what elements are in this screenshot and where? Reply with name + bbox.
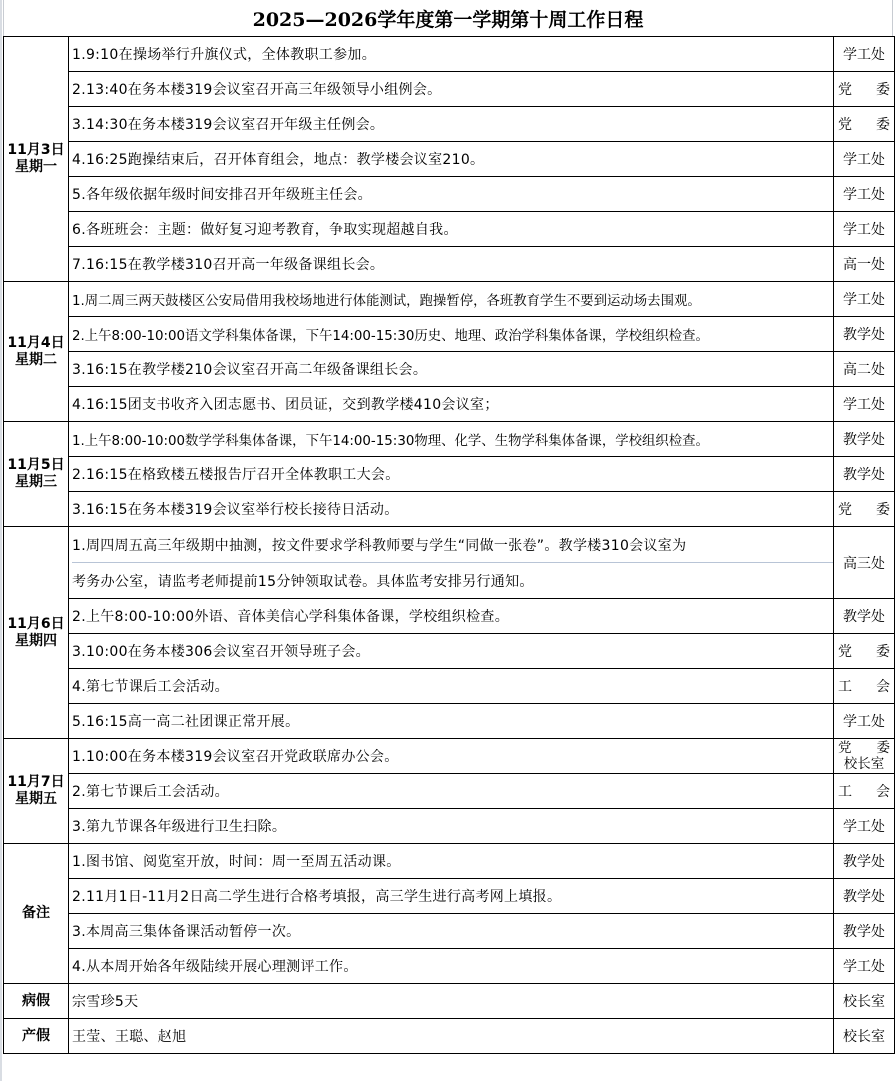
table-row: 3.10:00在务本楼306会议室召开领导班子会。 党委 bbox=[4, 634, 895, 669]
department-label: 会 bbox=[876, 781, 890, 801]
sick-leave-label: 病假 bbox=[4, 984, 69, 1019]
table-row: 11月3日 星期一 1.9:10在操场举行升旗仪式，全体教职工参加。 学工处 bbox=[4, 37, 895, 72]
schedule-item: 4.16:15团支书收齐入团志愿书、团员证，交到教学楼410会议室； bbox=[69, 387, 834, 422]
schedule-item-line: 1.周四周五高三年级期中抽测，按文件要求学科教师要与学生“同做一张卷”。教学楼3… bbox=[72, 527, 833, 563]
department-label: 党 bbox=[838, 740, 852, 756]
table-row: 2.第七节课后工会活动。 工会 bbox=[4, 774, 895, 809]
table-row: 11月7日 星期五 1.10:00在务本楼319会议室召开党政联席办公会。 党委… bbox=[4, 739, 895, 774]
schedule-item: 6.各班班会：主题：做好复习迎考教育，争取实现超越自我。 bbox=[69, 212, 834, 247]
department-label: 委 bbox=[877, 740, 891, 756]
sick-leave-names: 宗雪珍5天 bbox=[69, 984, 834, 1019]
department-label: 委 bbox=[876, 499, 890, 519]
department-cell: 教学处 bbox=[834, 879, 895, 914]
maternity-leave-names: 王莹、王聪、赵旭 bbox=[69, 1019, 834, 1054]
table-row: 3.第九节课各年级进行卫生扫除。 学工处 bbox=[4, 809, 895, 844]
schedule-item: 3.14:30在务本楼319会议室召开年级主任例会。 bbox=[69, 107, 834, 142]
department-cell: 校长室 bbox=[834, 984, 895, 1019]
spreadsheet-gridline bbox=[0, 0, 2, 1081]
schedule-item: 3.10:00在务本楼306会议室召开领导班子会。 bbox=[69, 634, 834, 669]
department-cell: 工会 bbox=[834, 669, 895, 704]
department-cell: 学工处 bbox=[834, 282, 895, 317]
department-cell: 党委 bbox=[834, 492, 895, 527]
day-weekday: 星期一 bbox=[4, 159, 68, 176]
page-title: 2025—2026学年度第一学期第十周工作日程 bbox=[3, 0, 893, 36]
department-label: 委 bbox=[876, 79, 890, 99]
schedule-item: 3.16:15在务本楼319会议室举行校长接待日活动。 bbox=[69, 492, 834, 527]
day-date: 11月5日 bbox=[4, 457, 68, 474]
table-row: 产假 王莹、王聪、赵旭 校长室 bbox=[4, 1019, 895, 1054]
notes-label-cell: 备注 bbox=[4, 844, 69, 984]
day-weekday: 星期五 bbox=[4, 791, 68, 808]
schedule-item: 5.16:15高一高二社团课正常开展。 bbox=[69, 704, 834, 739]
day-date: 11月4日 bbox=[4, 335, 68, 352]
department-cell: 学工处 bbox=[834, 37, 895, 72]
department-cell: 学工处 bbox=[834, 177, 895, 212]
department-label: 校长室 bbox=[834, 756, 894, 772]
table-row: 3.16:15在务本楼319会议室举行校长接待日活动。 党委 bbox=[4, 492, 895, 527]
day-date: 11月3日 bbox=[4, 142, 68, 159]
day-weekday: 星期四 bbox=[4, 633, 68, 650]
department-cell: 教学处 bbox=[834, 317, 895, 352]
table-row: 11月4日 星期二 1.周二周三两天鼓楼区公安局借用我校场地进行体能测试，跑操暂… bbox=[4, 282, 895, 317]
department-label: 党 bbox=[838, 641, 852, 661]
table-row: 3.14:30在务本楼319会议室召开年级主任例会。 党委 bbox=[4, 107, 895, 142]
table-row: 3.本周高三集体备课活动暂停一次。 教学处 bbox=[4, 914, 895, 949]
schedule-item: 2.第七节课后工会活动。 bbox=[69, 774, 834, 809]
department-label: 工 bbox=[838, 676, 852, 696]
table-row: 备注 1.图书馆、阅览室开放，时间：周一至周五活动课。 教学处 bbox=[4, 844, 895, 879]
table-row: 2.上午8:00-10:00语文学科集体备课，下午14:00-15:30历史、地… bbox=[4, 317, 895, 352]
note-item: 1.图书馆、阅览室开放，时间：周一至周五活动课。 bbox=[69, 844, 834, 879]
table-row: 4.16:15团支书收齐入团志愿书、团员证，交到教学楼410会议室； 学工处 bbox=[4, 387, 895, 422]
day-date: 11月6日 bbox=[4, 616, 68, 633]
schedule-item: 2.13:40在务本楼319会议室召开高三年级领导小组例会。 bbox=[69, 72, 834, 107]
table-row: 2.11月1日-11月2日高二学生进行合格考填报，高三学生进行高考网上填报。 教… bbox=[4, 879, 895, 914]
table-row: 4.第七节课后工会活动。 工会 bbox=[4, 669, 895, 704]
day-weekday: 星期三 bbox=[4, 474, 68, 491]
table-row: 3.16:15在教学楼210会议室召开高二年级备课组长会。 高二处 bbox=[4, 352, 895, 387]
department-label: 工 bbox=[838, 781, 852, 801]
day-cell-wednesday: 11月5日 星期三 bbox=[4, 422, 69, 527]
department-cell: 学工处 bbox=[834, 212, 895, 247]
schedule-item: 7.16:15在教学楼310召开高一年级备课组长会。 bbox=[69, 247, 834, 282]
schedule-item: 3.16:15在教学楼210会议室召开高二年级备课组长会。 bbox=[69, 352, 834, 387]
department-cell: 教学处 bbox=[834, 844, 895, 879]
table-row: 4.16:25跑操结束后，召开体育组会，地点：教学楼会议室210。 学工处 bbox=[4, 142, 895, 177]
department-cell: 教学处 bbox=[834, 914, 895, 949]
day-weekday: 星期二 bbox=[4, 352, 68, 369]
maternity-leave-label: 产假 bbox=[4, 1019, 69, 1054]
note-item: 3.本周高三集体备课活动暂停一次。 bbox=[69, 914, 834, 949]
department-cell: 高三处 bbox=[834, 527, 895, 599]
department-label: 党 bbox=[838, 79, 852, 99]
department-cell: 党委 校长室 bbox=[834, 739, 895, 774]
schedule-item: 2.16:15在格致楼五楼报告厅召开全体教职工大会。 bbox=[69, 457, 834, 492]
department-cell: 工会 bbox=[834, 774, 895, 809]
note-item: 4.从本周开始各年级陆续开展心理测评工作。 bbox=[69, 949, 834, 984]
department-cell: 学工处 bbox=[834, 387, 895, 422]
schedule-item: 5.各年级依据年级时间安排召开年级班主任会。 bbox=[69, 177, 834, 212]
department-cell: 学工处 bbox=[834, 142, 895, 177]
department-label: 党 bbox=[838, 114, 852, 134]
schedule-item-line: 考务办公室，请监考老师提前15分钟领取试卷。具体监考安排另行通知。 bbox=[72, 563, 833, 598]
department-cell: 校长室 bbox=[834, 1019, 895, 1054]
table-row: 7.16:15在教学楼310召开高一年级备课组长会。 高一处 bbox=[4, 247, 895, 282]
department-cell: 学工处 bbox=[834, 949, 895, 984]
table-row: 4.从本周开始各年级陆续开展心理测评工作。 学工处 bbox=[4, 949, 895, 984]
department-label: 会 bbox=[876, 676, 890, 696]
note-item: 2.11月1日-11月2日高二学生进行合格考填报，高三学生进行高考网上填报。 bbox=[69, 879, 834, 914]
table-row: 11月5日 星期三 1.上午8:00-10:00数学学科集体备课，下午14:00… bbox=[4, 422, 895, 457]
schedule-item: 2.上午8:00-10:00语文学科集体备课，下午14:00-15:30历史、地… bbox=[69, 317, 834, 352]
department-cell: 学工处 bbox=[834, 809, 895, 844]
department-cell: 高一处 bbox=[834, 247, 895, 282]
department-cell: 教学处 bbox=[834, 422, 895, 457]
department-cell: 高二处 bbox=[834, 352, 895, 387]
day-cell-friday: 11月7日 星期五 bbox=[4, 739, 69, 844]
table-row: 11月6日 星期四 1.周四周五高三年级期中抽测，按文件要求学科教师要与学生“同… bbox=[4, 527, 895, 599]
department-cell: 党委 bbox=[834, 107, 895, 142]
schedule-item: 1.9:10在操场举行升旗仪式，全体教职工参加。 bbox=[69, 37, 834, 72]
schedule-item: 1.周四周五高三年级期中抽测，按文件要求学科教师要与学生“同做一张卷”。教学楼3… bbox=[69, 527, 834, 599]
table-row: 2.13:40在务本楼319会议室召开高三年级领导小组例会。 党委 bbox=[4, 72, 895, 107]
table-row: 5.16:15高一高二社团课正常开展。 学工处 bbox=[4, 704, 895, 739]
schedule-item: 1.周二周三两天鼓楼区公安局借用我校场地进行体能测试，跑操暂停，各班教育学生不要… bbox=[69, 282, 834, 317]
table-row: 6.各班班会：主题：做好复习迎考教育，争取实现超越自我。 学工处 bbox=[4, 212, 895, 247]
table-row: 2.上午8:00-10:00外语、音体美信心学科集体备课，学校组织检查。 教学处 bbox=[4, 599, 895, 634]
table-row: 5.各年级依据年级时间安排召开年级班主任会。 学工处 bbox=[4, 177, 895, 212]
day-cell-thursday: 11月6日 星期四 bbox=[4, 527, 69, 739]
day-cell-tuesday: 11月4日 星期二 bbox=[4, 282, 69, 422]
department-label: 委 bbox=[876, 641, 890, 661]
department-cell: 党委 bbox=[834, 72, 895, 107]
table-row: 2.16:15在格致楼五楼报告厅召开全体教职工大会。 教学处 bbox=[4, 457, 895, 492]
department-label: 党 bbox=[838, 499, 852, 519]
schedule-item: 4.第七节课后工会活动。 bbox=[69, 669, 834, 704]
schedule-item: 1.10:00在务本楼319会议室召开党政联席办公会。 bbox=[69, 739, 834, 774]
schedule-table: 11月3日 星期一 1.9:10在操场举行升旗仪式，全体教职工参加。 学工处 2… bbox=[3, 36, 895, 1054]
schedule-item: 1.上午8:00-10:00数学学科集体备课，下午14:00-15:30物理、化… bbox=[69, 422, 834, 457]
schedule-item: 2.上午8:00-10:00外语、音体美信心学科集体备课，学校组织检查。 bbox=[69, 599, 834, 634]
day-date: 11月7日 bbox=[4, 774, 68, 791]
department-cell: 学工处 bbox=[834, 704, 895, 739]
schedule-item: 3.第九节课各年级进行卫生扫除。 bbox=[69, 809, 834, 844]
schedule-item: 4.16:25跑操结束后，召开体育组会，地点：教学楼会议室210。 bbox=[69, 142, 834, 177]
department-cell: 教学处 bbox=[834, 457, 895, 492]
department-cell: 教学处 bbox=[834, 599, 895, 634]
day-cell-monday: 11月3日 星期一 bbox=[4, 37, 69, 282]
department-cell: 党委 bbox=[834, 634, 895, 669]
department-label: 委 bbox=[876, 114, 890, 134]
table-row: 病假 宗雪珍5天 校长室 bbox=[4, 984, 895, 1019]
